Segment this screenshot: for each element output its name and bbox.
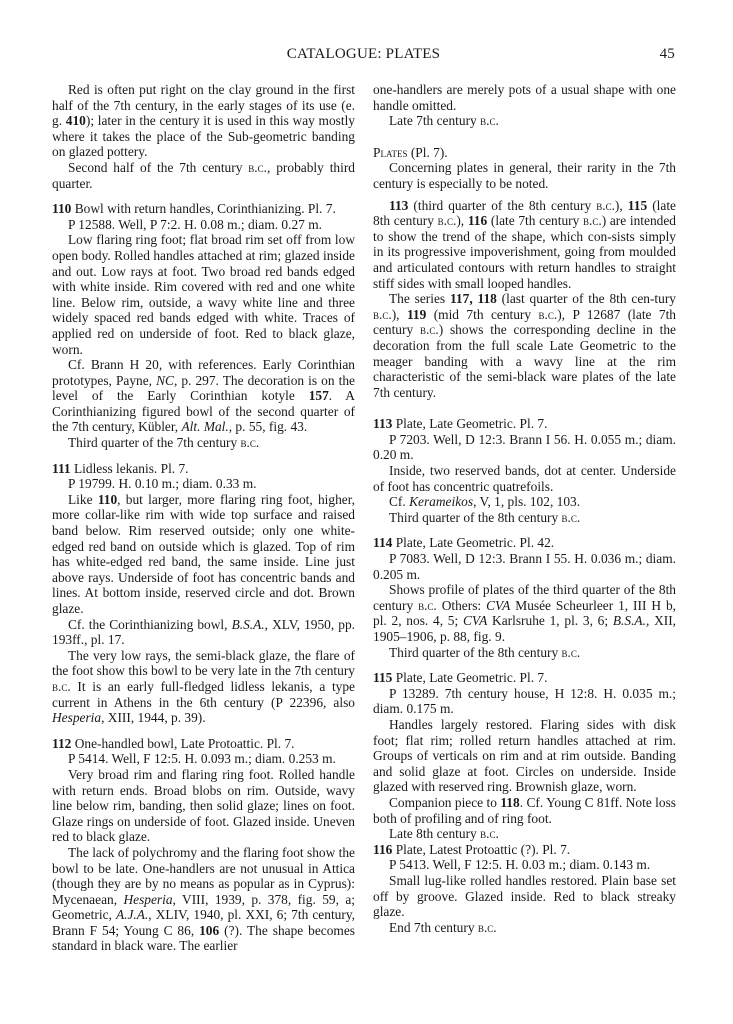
section-paragraph: Concerning plates in general, their rari… [373, 160, 676, 191]
entry-description: Handles largely restored. Flaring sides … [373, 717, 676, 795]
right-column: one-handlers are merely pots of a usual … [373, 82, 676, 935]
entry-heading: 116 Plate, Latest Protoattic (?). Pl. 7. [373, 842, 676, 858]
entry-meta: P 7203. Well, D 12:3. Brann I 56. H. 0.0… [373, 432, 676, 463]
page-number: 45 [660, 46, 675, 63]
section-heading-label: Plates [373, 145, 407, 160]
entry-date: Third quarter of the 8th century b.c. [373, 645, 676, 661]
entry-meta: P 13289. 7th century house, H 12:8. H. 0… [373, 686, 676, 717]
date-paragraph: Second half of the 7th century b.c., pro… [52, 160, 355, 191]
entry-number: 110 [52, 201, 71, 216]
entry-title: Plate, Late Geometric. Pl. 7. [396, 416, 548, 431]
entry-title: Lidless lekanis. Pl. 7. [74, 461, 189, 476]
intro-paragraph: Red is often put right on the clay groun… [52, 82, 355, 160]
entry-heading: 112 One-handled bowl, Late Protoattic. P… [52, 736, 355, 752]
entry-date: Late 8th century b.c. [373, 826, 676, 842]
entry-number: 111 [52, 461, 71, 476]
entry-meta: P 5414. Well, F 12:5. H. 0.093 m.; diam.… [52, 751, 355, 767]
catalogue-entry-115: 115 Plate, Late Geometric. Pl. 7. P 1328… [373, 670, 676, 842]
entry-comparanda: Cf. Kerameikos, V, 1, pls. 102, 103. [373, 494, 676, 510]
catalogue-entry-114: 114 Plate, Late Geometric. Pl. 42. P 708… [373, 535, 676, 660]
entry-number: 112 [52, 736, 71, 751]
catalogue-entry-112: 112 One-handled bowl, Late Protoattic. P… [52, 736, 355, 954]
entry-comparanda: Companion piece to 118. Cf. Young C 81ff… [373, 795, 676, 826]
catalogue-entry-110: 110 Bowl with return handles, Corinthian… [52, 201, 355, 451]
catalogue-entry-111: 111 Lidless lekanis. Pl. 7. P 19799. H. … [52, 461, 355, 726]
catalogue-ref: 410 [66, 113, 86, 128]
entry-description: Very broad rim and flaring ring foot. Ro… [52, 767, 355, 845]
entry-date: Third quarter of the 8th century b.c. [373, 510, 676, 526]
entry-description: Shows profile of plates of the third qua… [373, 582, 676, 644]
entry-number: 116 [373, 842, 392, 857]
left-column: Red is often put right on the clay groun… [52, 82, 355, 954]
entry-description: Low flaring ring foot; flat broad rim se… [52, 232, 355, 357]
entry-title: Plate, Late Geometric. Pl. 42. [396, 535, 554, 550]
entry-title: Bowl with return handles, Corinthianizin… [75, 201, 336, 216]
entry-heading: 110 Bowl with return handles, Corinthian… [52, 201, 355, 217]
entry-description: Inside, two reserved bands, dot at cente… [373, 463, 676, 494]
entry-title: Plate, Late Geometric. Pl. 7. [396, 670, 548, 685]
entry-meta: P 7083. Well, D 12:3. Brann I 55. H. 0.0… [373, 551, 676, 582]
entry-meta: P 12588. Well, P 7:2. H. 0.08 m.; diam. … [52, 217, 355, 233]
running-header: CATALOGUE: PLATES 45 [52, 46, 675, 66]
entry-description: Like 110, but larger, more flaring ring … [52, 492, 355, 617]
section-paragraph: 113 (third quarter of the 8th century b.… [373, 198, 676, 292]
section-heading: Plates (Pl. 7). [373, 145, 676, 161]
entry-comparanda: Cf. the Corinthianizing bowl, B.S.A., XL… [52, 617, 355, 648]
section-paragraph: The series 117, 118 (last quarter of the… [373, 291, 676, 400]
entry-title: Plate, Latest Protoattic (?). Pl. 7. [396, 842, 570, 857]
entry-heading: 115 Plate, Late Geometric. Pl. 7. [373, 670, 676, 686]
entry-heading: 113 Plate, Late Geometric. Pl. 7. [373, 416, 676, 432]
entry-number: 114 [373, 535, 392, 550]
entry-heading: 114 Plate, Late Geometric. Pl. 42. [373, 535, 676, 551]
entry-meta: P 5413. Well, F 12:5. H. 0.03 m.; diam. … [373, 857, 676, 873]
entry-number: 113 [373, 416, 392, 431]
continuation-paragraph: one-handlers are merely pots of a usual … [373, 82, 676, 113]
entry-discussion: The very low rays, the semi-black glaze,… [52, 648, 355, 726]
catalogue-entry-116: 116 Plate, Latest Protoattic (?). Pl. 7.… [373, 842, 676, 936]
entry-discussion: The lack of polychromy and the flaring f… [52, 845, 355, 954]
catalogue-entry-113: 113 Plate, Late Geometric. Pl. 7. P 7203… [373, 416, 676, 525]
running-title: CATALOGUE: PLATES [52, 46, 675, 63]
entry-meta: P 19799. H. 0.10 m.; diam. 0.33 m. [52, 476, 355, 492]
entry-description: Small lug-like rolled handles restored. … [373, 873, 676, 920]
entry-date: Third quarter of the 7th century b.c. [52, 435, 355, 451]
entry-heading: 111 Lidless lekanis. Pl. 7. [52, 461, 355, 477]
continuation-date: Late 7th century b.c. [373, 113, 676, 129]
entry-date: End 7th century b.c. [373, 920, 676, 936]
entry-number: 115 [373, 670, 392, 685]
entry-title: One-handled bowl, Late Protoattic. Pl. 7… [75, 736, 295, 751]
entry-comparanda: Cf. Brann H 20, with references. Early C… [52, 357, 355, 435]
